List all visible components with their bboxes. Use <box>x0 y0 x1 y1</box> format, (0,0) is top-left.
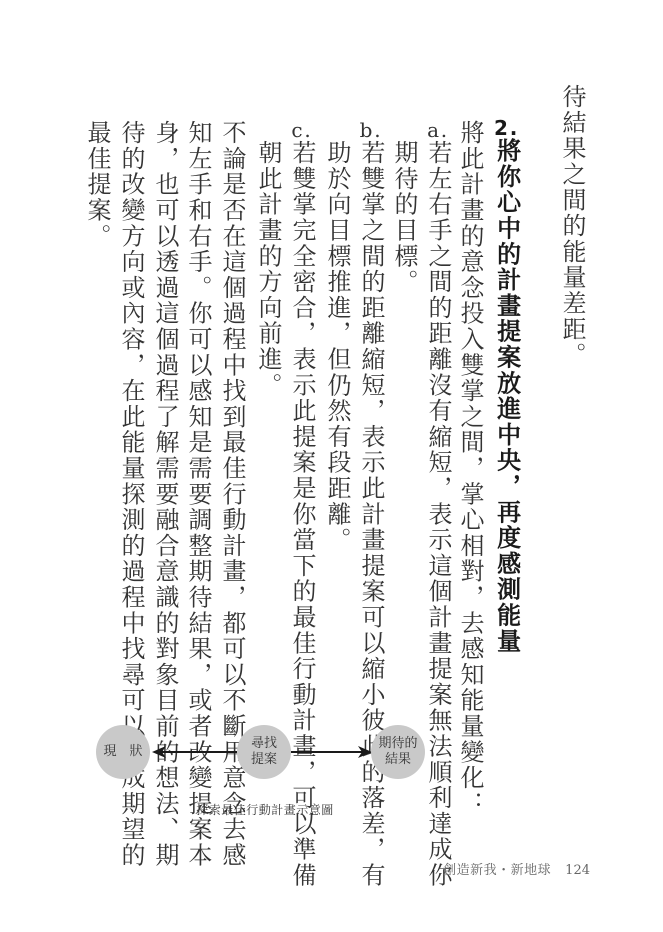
node-expected-result: 期待的 結果 <box>371 725 425 779</box>
list-item-a-continuation: 期待的目標。 <box>392 140 416 295</box>
text-column-intro: 將此計畫的意念投入雙掌之間，掌心相對，去感知能量變化： <box>458 120 482 817</box>
list-marker-b: b. <box>360 120 383 140</box>
page-number: 124 <box>565 863 590 878</box>
list-item-b-continuation: 助於向目標推進，但仍然有段距離。 <box>325 140 349 553</box>
node-current-state: 現 狀 <box>96 725 150 779</box>
book-title: 創造新我・新地球 <box>443 863 551 878</box>
list-item-c-continuation: 朝此計畫的方向前進。 <box>256 140 280 398</box>
list-marker-c: c. <box>291 120 312 140</box>
page-footer: 創造新我・新地球124 <box>400 859 590 878</box>
diagram-caption: 探索最佳行動計畫示意圖 <box>90 801 440 818</box>
paragraph-line-5: 最佳提案。 <box>85 120 109 249</box>
list-marker-a: a. <box>427 120 449 140</box>
heading-number: 2. <box>494 118 519 138</box>
heading-text: 將你心中的計畫提案放進中央，再度感測能量 <box>493 138 521 654</box>
node-find-proposal: 尋找 提案 <box>237 725 291 779</box>
text-column-continuation: 待結果之間的能量差距。 <box>560 84 584 368</box>
section-heading: 2.將你心中的計畫提案放進中央，再度感測能量 <box>494 118 519 654</box>
